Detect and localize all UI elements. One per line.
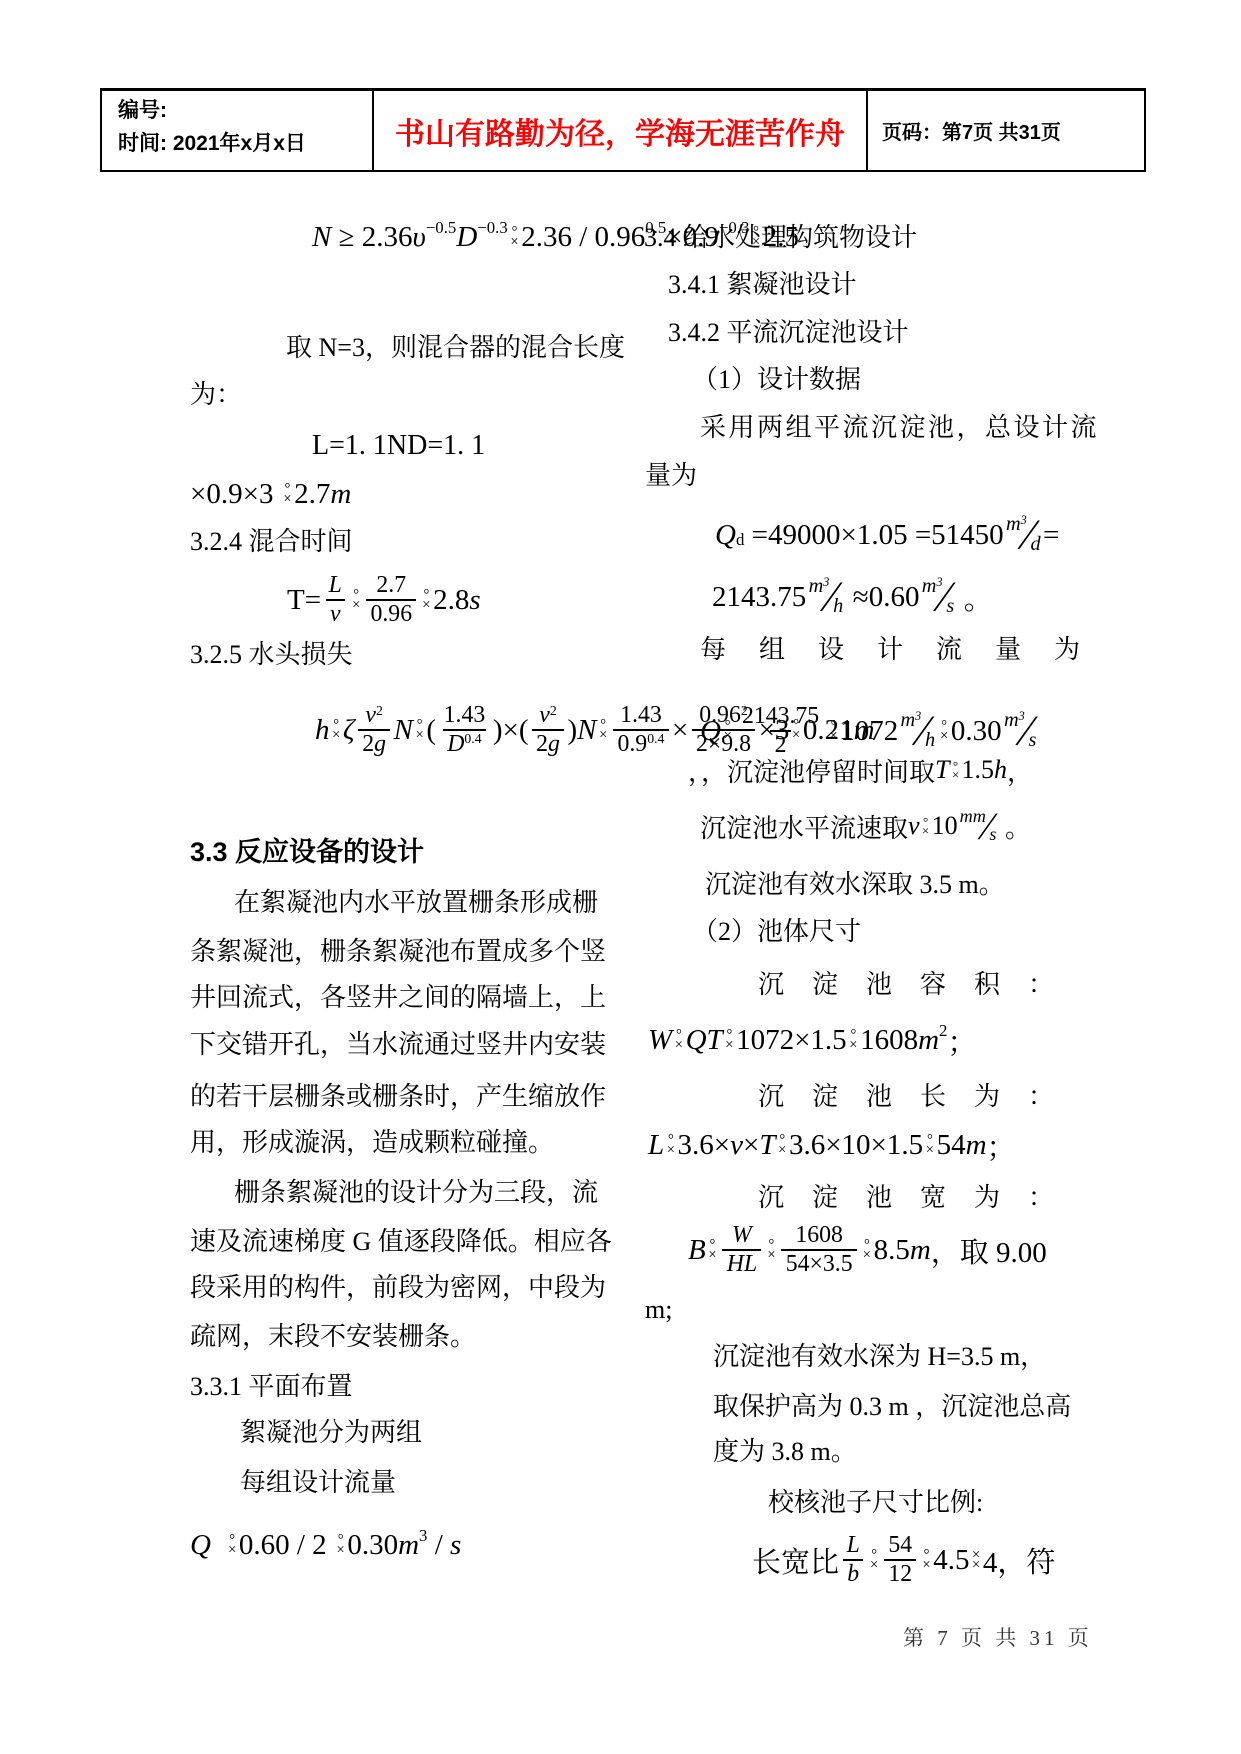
paragraph-line: 量为 — [645, 459, 697, 493]
line-each-group: 每组设计流量 — [240, 1466, 396, 1500]
paragraph-line: 度为 3.8 m。 — [713, 1435, 857, 1469]
formula-group-flow: Q °×0.60 / 2 °×0.30m3 / s — [190, 1521, 461, 1569]
paragraph-line: 取保护高为 0.3 m ，沉淀池总高 — [713, 1390, 1071, 1424]
formula-retention-time: ，，沉淀池停留时间取T°×1.5h， — [688, 748, 1033, 792]
formula-width: B°×WHL°×160854×3.5°×8.5m，取 9.00 — [688, 1214, 1047, 1286]
paragraph-line: 条絮凝池，栅条絮凝池布置成多个竖 — [190, 935, 606, 969]
paragraph-line: 段采用的构件，前段为密网，中段为 — [190, 1271, 606, 1305]
document-page: 编号: 时间: 2021年x月x日 书山有路勤为径，学海无涯苦作舟 页码：第7页… — [0, 0, 1241, 1754]
header-page-label: 页码：第7页 共31页 — [882, 116, 1061, 145]
heading-3-4-2: 3.4.2 平流沉淀池设计 — [668, 316, 909, 350]
paragraph-line: 的若干层栅条或栅条时，产生缩放作 — [190, 1080, 606, 1114]
heading-3-2-5: 3.2.5 水头损失 — [190, 638, 353, 672]
paragraph-line: 用，形成漩涡，造成颗粒碰撞。 — [190, 1126, 554, 1160]
formula-mixing-length: L=1. 1ND=1. 1 — [312, 429, 485, 463]
heading-3-2-4: 3.2.4 混合时间 — [190, 525, 353, 559]
line-width-label: 沉淀池宽为： — [758, 1181, 1082, 1215]
formula-total-flow-1: Qd =49000×1.05 =51450m3⁄d= — [715, 508, 1059, 562]
heading-3-3-1: 3.3.1 平面布置 — [190, 1370, 353, 1404]
header-number-label: 编号: — [118, 95, 372, 128]
line-volume-label: 沉淀池容积： — [758, 968, 1082, 1002]
paragraph-line: 沉淀池有效水深为 H=3.5 m， — [713, 1340, 1046, 1374]
formula-2-7m: ×0.9×3 °×2.7m — [190, 472, 351, 516]
formula-volume: W°×QT°×1072×1.5°×1608m2； — [648, 1016, 976, 1064]
formula-aspect-ratio: 长宽比Lb°×5412°×4.5××4，符 — [752, 1524, 1055, 1596]
paragraph-line: 疏网，末段不安装栅条。 — [190, 1320, 476, 1354]
formula-horizontal-velocity: 沉淀池水平流速取v°×10mm⁄s 。 — [700, 800, 1031, 852]
line-wei: 为： — [190, 378, 242, 412]
paragraph-line: 在絮凝池内水平放置栅条形成栅 — [234, 886, 598, 920]
heading-3-4-1: 3.4.1 絮凝池设计 — [668, 268, 857, 302]
item-tank-size: （2）池体尺寸 — [692, 915, 861, 949]
formula-total-flow-2: 2143.75m3⁄h ≈0.60m3⁄s 。 — [712, 570, 993, 624]
header-table: 编号: 时间: 2021年x月x日 书山有路勤为径，学海无涯苦作舟 页码：第7页… — [100, 88, 1146, 172]
line-m-unit: m; — [645, 1293, 672, 1327]
header-cell-meta: 编号: 时间: 2021年x月x日 — [102, 91, 374, 170]
paragraph-line: 栅条絮凝池的设计分为三段，流 — [234, 1176, 598, 1210]
header-cell-page: 页码：第7页 共31页 — [868, 91, 1144, 170]
paragraph-line: 采用两组平流沉淀池，总设计流 — [700, 411, 1099, 445]
paragraph-line: 井回流式，各竖井之间的隔墙上，上 — [190, 981, 606, 1015]
line-check-ratio: 校核池子尺寸比例: — [768, 1486, 983, 1520]
line-effective-depth: 沉淀池有效水深取 3.5 m。 — [705, 868, 1005, 902]
line-group-flow-label: 每组设计流量为 — [700, 633, 1113, 667]
paragraph-line: 下交错开孔，当水流通过竖井内安装 — [190, 1028, 606, 1062]
footer-page-number: 第 7 页 共 31 页 — [903, 1622, 1093, 1652]
item-design-data: （1）设计数据 — [692, 363, 861, 397]
paragraph-line: 速及流速梯度 G 值逐段降低。相应各 — [190, 1225, 612, 1259]
heading-3-3: 3.3 反应设备的设计 — [190, 835, 424, 869]
formula-mixing-time: T=Lv°×2.70.96°×2.8s — [287, 567, 481, 633]
heading-3-4: 3.4 给水处理构筑物设计 — [644, 221, 917, 255]
line-two-groups: 絮凝池分为两组 — [240, 1416, 422, 1450]
line-length-label: 沉淀池长为： — [758, 1080, 1082, 1114]
line-take-n: 取 N=3，则混合器的混合长度 — [286, 331, 625, 365]
header-slogan: 书山有路勤为径，学海无涯苦作舟 — [395, 109, 845, 153]
header-time-label: 时间: 2021年x月x日 — [118, 128, 372, 161]
header-cell-slogan: 书山有路勤为径，学海无涯苦作舟 — [374, 91, 868, 170]
formula-length: L°×3.6×v×T°×3.6×10×1.5°×54m； — [648, 1121, 1016, 1169]
